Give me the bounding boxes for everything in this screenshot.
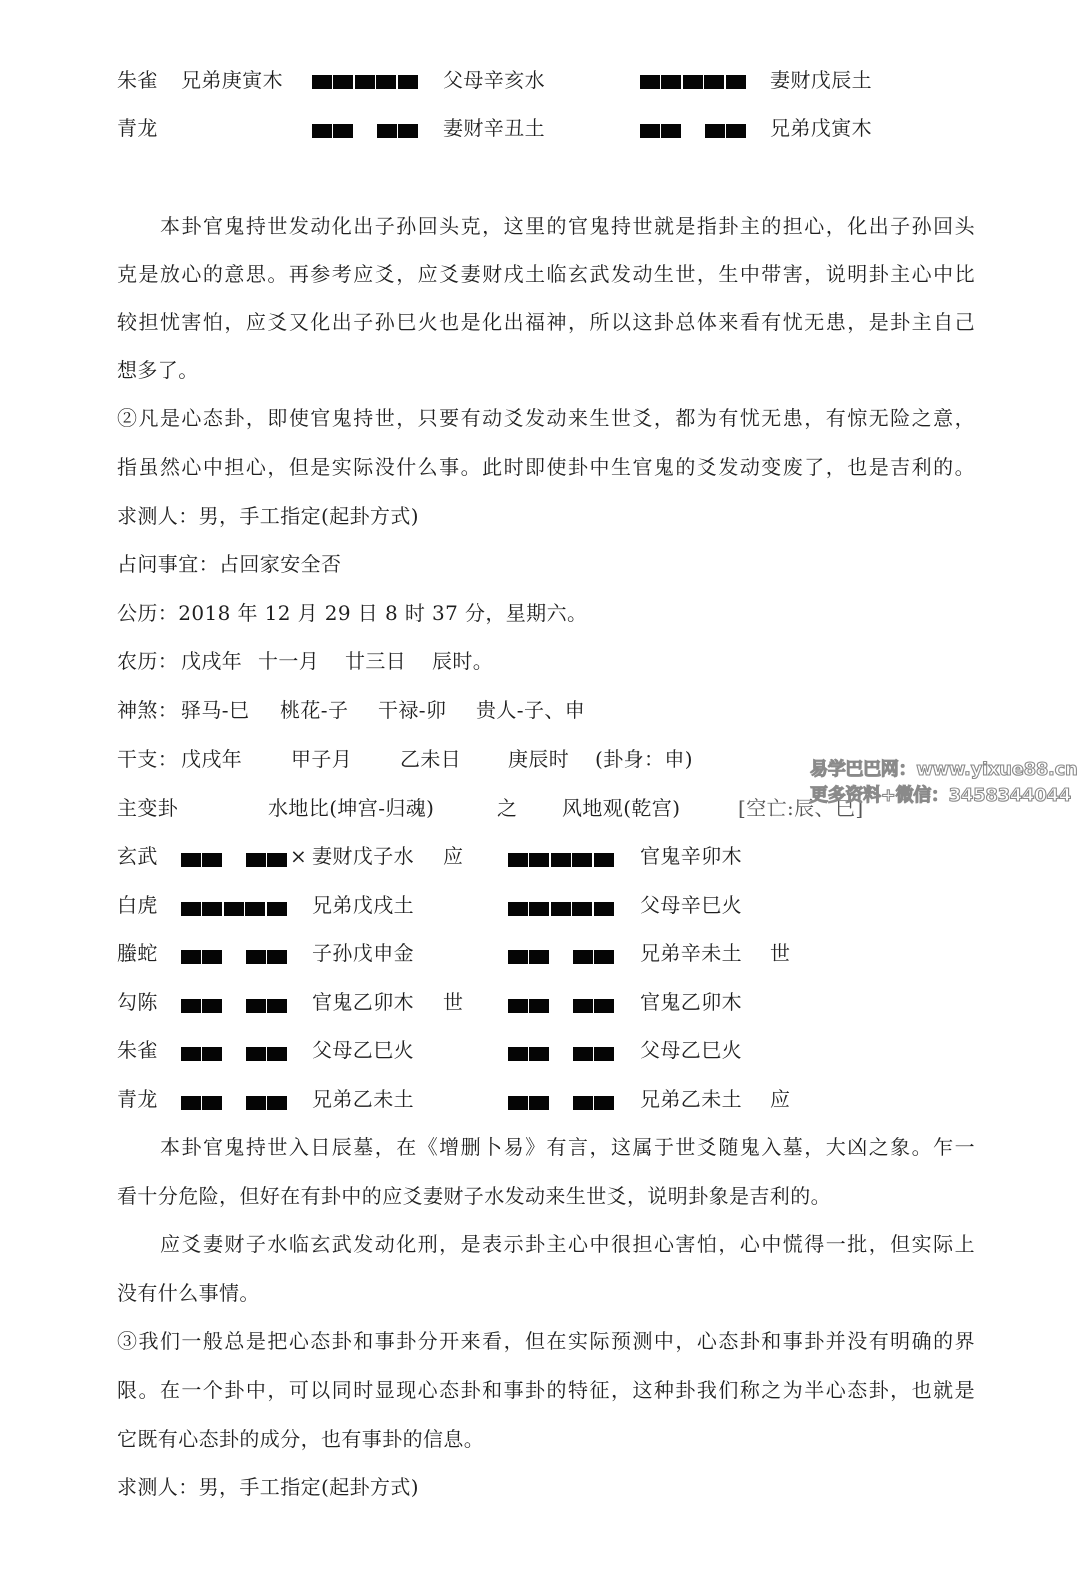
paragraph-line: ③我们一般总是把心态卦和事卦分开来看，但在实际预测中，心态卦和事卦并没有明确的界 [117, 1327, 975, 1355]
main-line-text: 妻财辛丑土 [443, 114, 545, 142]
paragraph-line: 较担忧害怕，应爻又化出子孙巳火也是化出福神，所以这卦总体来看有忧无患，是卦主自己 [117, 308, 975, 336]
main-line-text: 兄弟戊戌土 [312, 891, 414, 919]
paragraph-line: 它既有心态卦的成分，也有事卦的信息。 [117, 1425, 484, 1453]
six-god-label: 玄武 [117, 842, 158, 870]
paragraph-line: 应爻妻财子水临玄武发动化刑，是表示卦主心中很担心害怕，心中慌得一批，但实际上 [160, 1230, 975, 1258]
six-god-label: 白虎 [117, 891, 158, 919]
main-line-text: 兄弟乙未土 [312, 1085, 414, 1113]
change-line-text: 兄弟乙未土 [640, 1085, 742, 1113]
paragraph-line: 限。在一个卦中，可以同时显现心态卦和事卦的特征，这种卦我们称之为半心态卦，也就是 [117, 1376, 975, 1404]
yin-line-icon [181, 950, 289, 964]
yin-line-icon [508, 950, 616, 964]
yin-line-icon [181, 853, 289, 867]
change-line-text: 妻财戊辰土 [770, 66, 872, 94]
yin-line-icon [181, 1096, 289, 1110]
yin-line-icon [640, 124, 748, 138]
change-line-text: 官鬼辛卯木 [640, 842, 742, 870]
paragraph-line: 本卦官鬼持世发动化出子孙回头克，这里的官鬼持世就是指卦主的担心，化出子孙回头 [160, 212, 975, 240]
line-marker: 世 [770, 939, 790, 967]
six-god-label: 朱雀 [117, 66, 158, 94]
paragraph-line: 看十分危险，但好在有卦中的应爻妻财子水发动来生世爻，说明卦象是吉利的。 [117, 1182, 831, 1210]
six-god-label: 朱雀 [117, 1036, 158, 1064]
solar-date: 公历：2018 年 12 月 29 日 8 时 37 分，星期六。 [117, 599, 587, 627]
main-line-text: 父母辛亥水 [443, 66, 545, 94]
six-god-label: 螣蛇 [117, 939, 158, 967]
line-marker: 应 [443, 842, 463, 870]
question-info: 占问事宜：占回家安全否 [117, 550, 341, 578]
asker-info: 求测人：男，手工指定(起卦方式) [117, 1473, 419, 1501]
paragraph-line: 没有什么事情。 [117, 1279, 260, 1307]
main-line-text: 妻财戊子水 [312, 842, 414, 870]
asker-info: 求测人：男，手工指定(起卦方式) [117, 502, 419, 530]
yin-line-icon [508, 999, 616, 1013]
yin-line-icon [181, 1047, 289, 1061]
change-line-text: 父母辛巳火 [640, 891, 742, 919]
paragraph-line: 本卦官鬼持世入日辰墓，在《增删卜易》有言，这属于世爻随鬼入墓，大凶之象。乍一 [160, 1133, 975, 1161]
change-line-text: 父母乙巳火 [640, 1036, 742, 1064]
paragraph-line: 想多了。 [117, 356, 199, 384]
change-line-text: 官鬼乙卯木 [640, 988, 742, 1016]
yang-line-icon [508, 853, 615, 867]
yang-line-icon [508, 902, 615, 916]
six-god-label: 青龙 [117, 1085, 158, 1113]
main-line-text: 子孙戊申金 [312, 939, 414, 967]
yin-line-icon [508, 1096, 616, 1110]
main-line-text: 父母乙巳火 [312, 1036, 414, 1064]
yang-line-icon [312, 75, 419, 89]
change-line-text: 兄弟戊寅木 [770, 114, 872, 142]
line-marker: 世 [443, 988, 463, 1016]
paragraph-line: 克是放心的意思。再参考应爻，应爻妻财戌土临玄武发动生世，生中带害，说明卦主心中比 [117, 260, 975, 288]
paragraph-line: 指虽然心中担心，但是实际没什么事。此时即使卦中生官鬼的爻发动变废了，也是吉利的。 [117, 453, 975, 481]
six-god-label: 勾陈 [117, 988, 158, 1016]
hidden-spirit: 兄弟庚寅木 [181, 66, 283, 94]
watermark-line-contact: 更多资料+微信：3458344044 [810, 785, 1071, 807]
yin-line-icon [508, 1047, 616, 1061]
yang-line-icon [181, 902, 288, 916]
yin-line-icon [312, 124, 420, 138]
watermark-line-site: 易学巴巴网：www.yixue88.cn [810, 759, 1077, 781]
paragraph-line: ②凡是心态卦，即使官鬼持世，只要有动爻发动来生世爻，都为有忧无患，有惊无险之意， [117, 404, 975, 432]
main-line-text: 官鬼乙卯木 [312, 988, 414, 1016]
line-marker: 应 [770, 1085, 790, 1113]
moving-mark-icon: × [290, 842, 307, 870]
yang-line-icon [640, 75, 747, 89]
change-line-text: 兄弟辛未土 [640, 939, 742, 967]
yin-line-icon [181, 999, 289, 1013]
six-god-label: 青龙 [117, 114, 158, 142]
